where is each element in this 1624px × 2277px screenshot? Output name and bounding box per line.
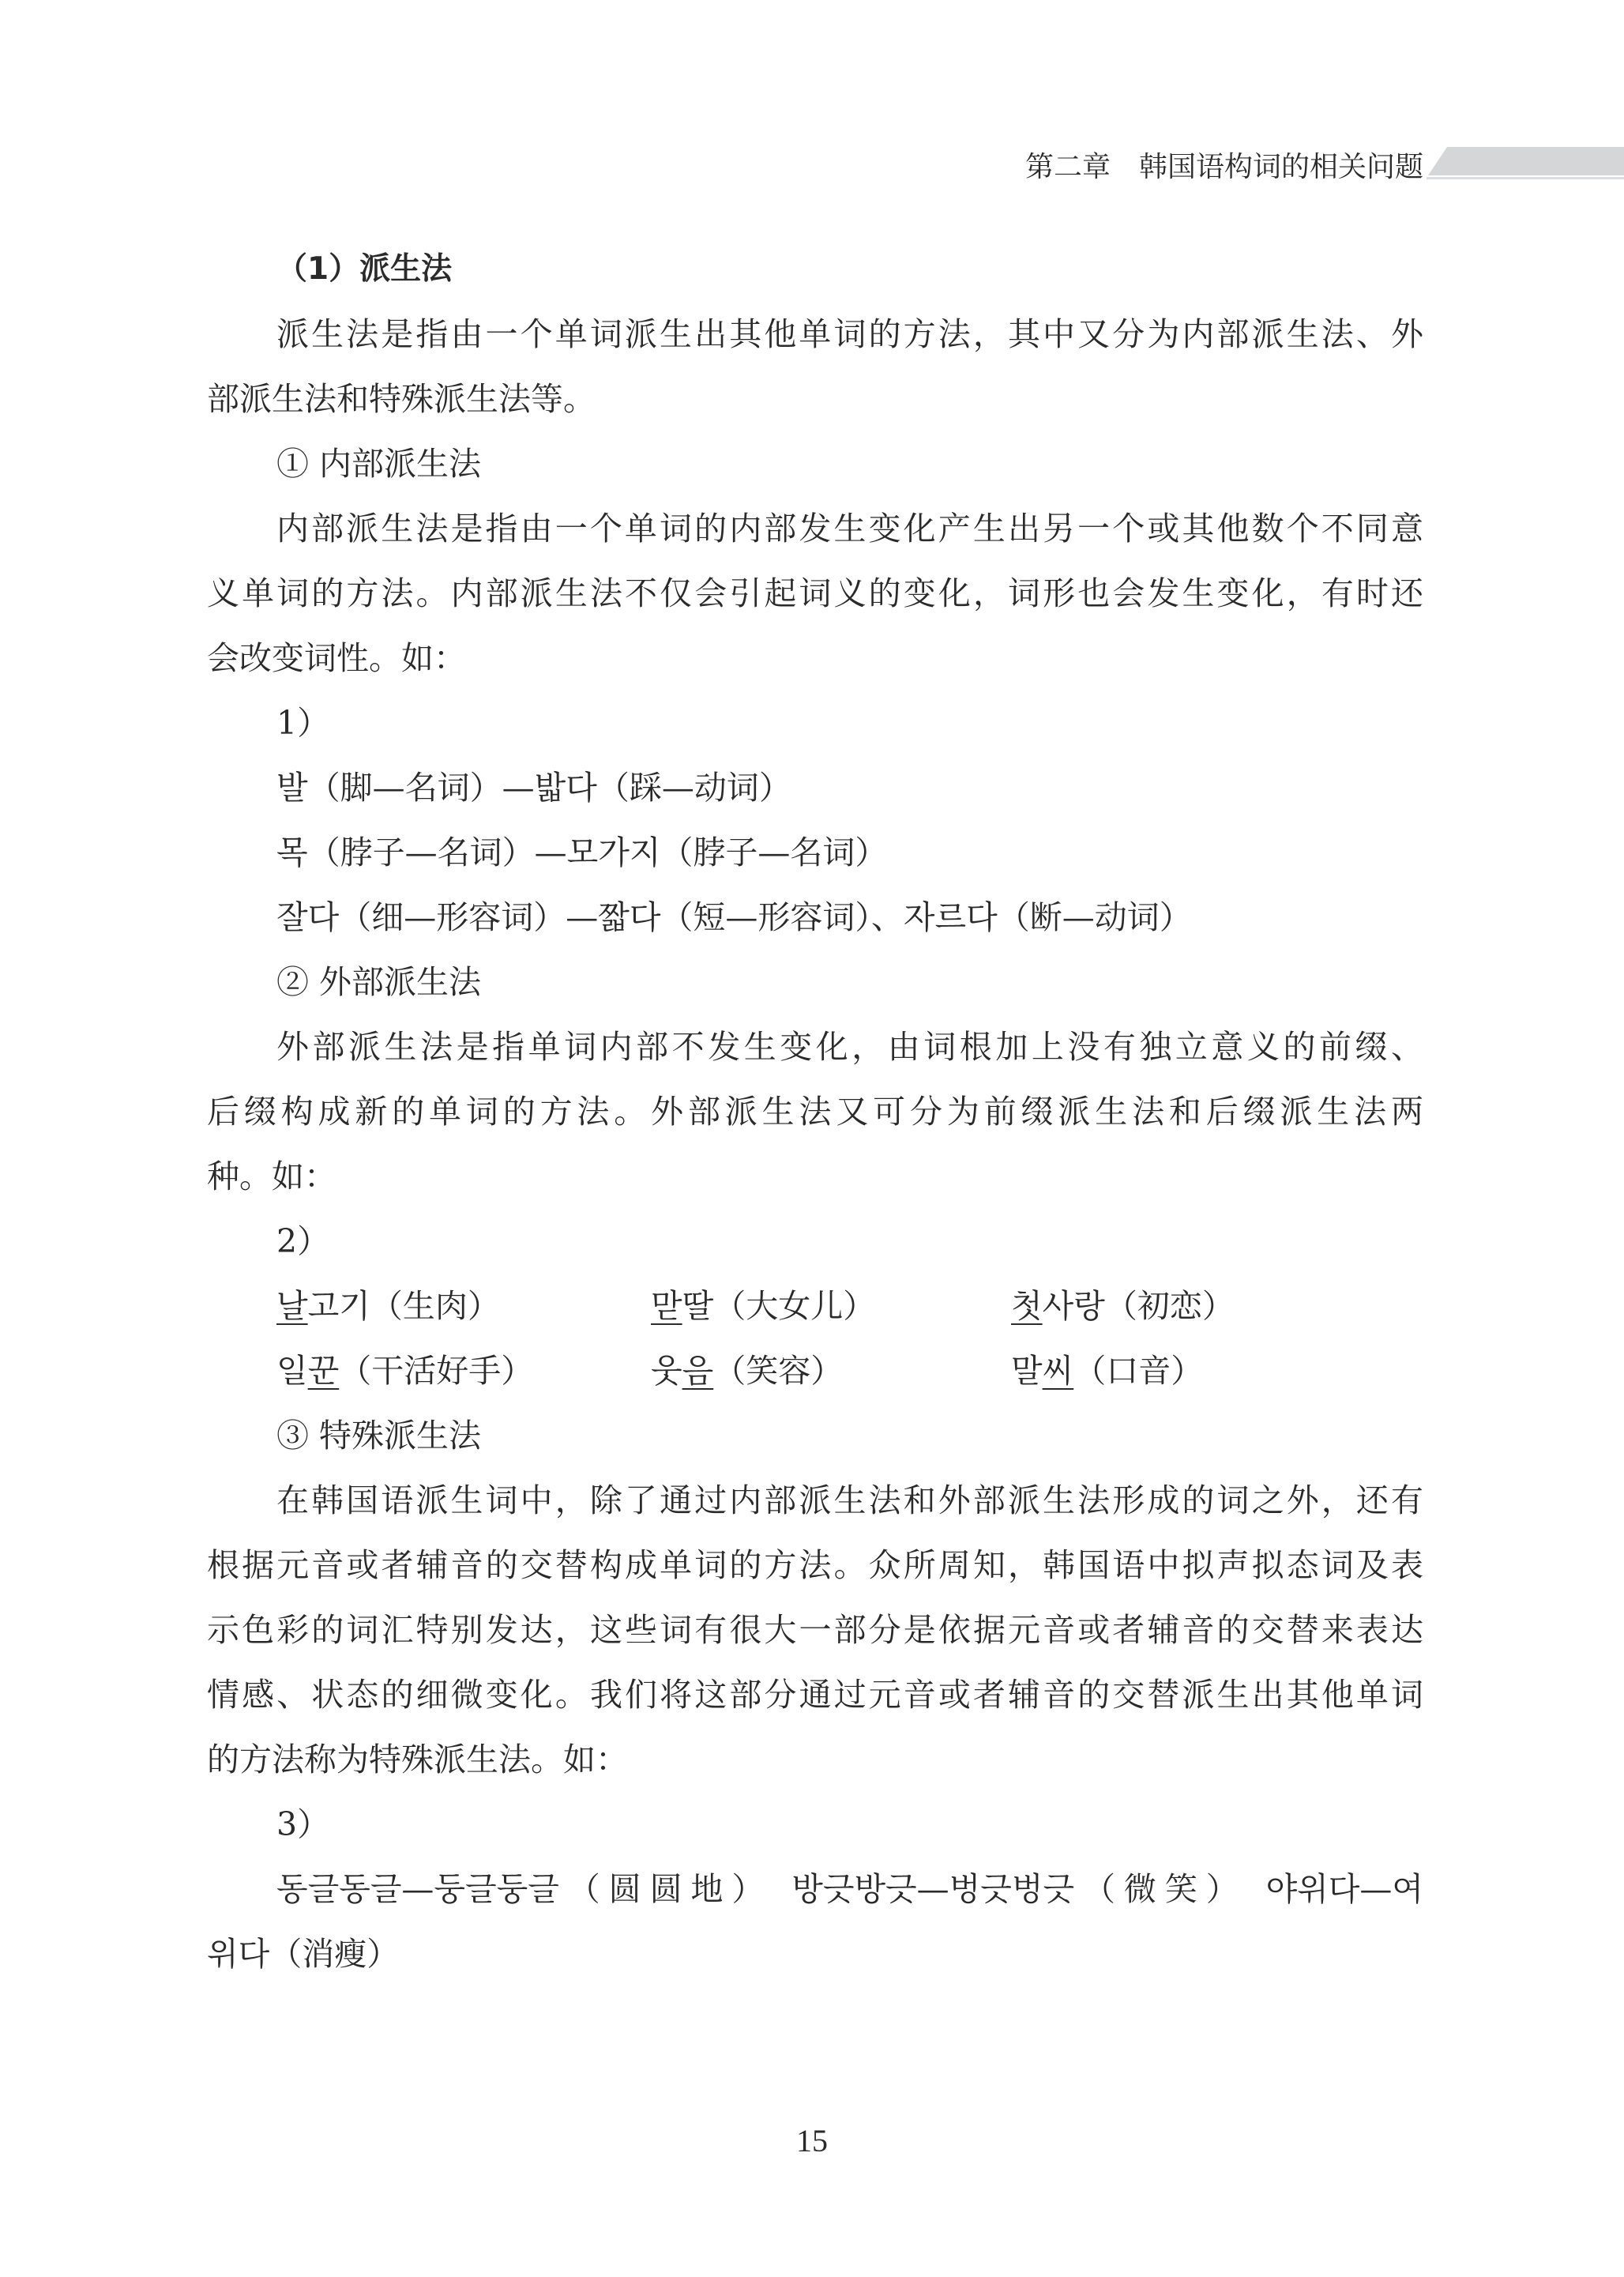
example-label: 2） xyxy=(207,1209,1423,1274)
chapter-number: 第二章 xyxy=(1025,145,1111,185)
paragraph-line: 会改变词性。如： xyxy=(207,626,1423,691)
paragraph-line: 外部派生法是指单词内部不发生变化，由词根加上没有独立意义的前缀、 xyxy=(207,1014,1423,1079)
underlined-affix: 씨 xyxy=(1043,1352,1074,1390)
paragraph-line: 根据元音或者辅音的交替构成单词的方法。众所周知，韩国语中拟声拟态词及表 xyxy=(207,1533,1423,1598)
example-item: 날고기（生肉） xyxy=(276,1274,651,1338)
underlined-affix: 날 xyxy=(276,1287,308,1325)
paragraph-line: 情感、状态的细微变化。我们将这部分通过元音或者辅音的交替派生出其他单词 xyxy=(207,1662,1423,1727)
chapter-title: 韩国语构词的相关问题 xyxy=(1139,145,1423,185)
header-decorative-bar xyxy=(1428,147,1624,175)
subsection-heading-special: ③ 特殊派生法 xyxy=(207,1403,1423,1468)
example-item: 일꾼（干活好手） xyxy=(276,1338,651,1403)
paragraph-line: 部派生法和特殊派生法等。 xyxy=(207,367,1423,431)
example-line: 목（脖子—名词）—모가지（脖子—名词） xyxy=(207,820,1423,885)
example-line: 위다（消瘦） xyxy=(207,1921,1423,1986)
subsection-heading-external: ② 外部派生法 xyxy=(207,950,1423,1014)
example-line: 잘다（细—形容词）—짧다（短—形容词）、자르다（断—动词） xyxy=(207,885,1423,950)
paragraph-line: 示色彩的词汇特别发达，这些词有很大一部分是依据元音或者辅音的交替来表达 xyxy=(207,1598,1423,1662)
header-decorative-underline xyxy=(1427,177,1624,179)
paragraph-line: 内部派生法是指由一个单词的内部发生变化产生出另一个或其他数个不同意 xyxy=(207,496,1423,561)
example-item: 웃음（笑容） xyxy=(651,1338,1011,1403)
paragraph-line: 义单词的方法。内部派生法不仅会引起词义的变化，词形也会发生变化，有时还 xyxy=(207,561,1423,626)
underlined-affix: 첫 xyxy=(1011,1287,1043,1325)
example-line: 발（脚—名词）—밟다（踩—动词） xyxy=(207,755,1423,820)
example-item: 말씨（口音） xyxy=(1011,1338,1385,1403)
paragraph-line: 种。如： xyxy=(207,1144,1423,1209)
paragraph-line: 在韩国语派生词中，除了通过内部派生法和外部派生法形成的词之外，还有 xyxy=(207,1468,1423,1533)
example-item: 첫사랑（初恋） xyxy=(1011,1274,1385,1338)
page-number: 15 xyxy=(0,2122,1624,2159)
paragraph-line: 后缀构成新的单词的方法。外部派生法又可分为前缀派生法和后缀派生法两 xyxy=(207,1079,1423,1144)
example-label: 3） xyxy=(207,1792,1423,1857)
paragraph-line: 的方法称为特殊派生法。如： xyxy=(207,1727,1423,1792)
subsection-heading-internal: ① 内部派生法 xyxy=(207,431,1423,496)
section-heading: （1）派生法 xyxy=(207,237,1423,302)
example-grid-row: 일꾼（干活好手） 웃음（笑容） 말씨（口音） xyxy=(207,1338,1423,1403)
example-item: 맏딸（大女儿） xyxy=(651,1274,1011,1338)
example-grid-row: 날고기（生肉） 맏딸（大女儿） 첫사랑（初恋） xyxy=(207,1274,1423,1338)
underlined-affix: 맏 xyxy=(651,1287,682,1325)
underlined-affix: 음 xyxy=(682,1352,714,1390)
example-line: 동글동글—둥글둥글（圆圆地） 방긋방긋—벙긋벙긋（微笑） 야위다—여 xyxy=(207,1857,1423,1921)
underlined-affix: 꾼 xyxy=(308,1352,340,1390)
example-label: 1） xyxy=(207,691,1423,755)
page-body: （1）派生法 派生法是指由一个单词派生出其他单词的方法，其中又分为内部派生法、外… xyxy=(207,237,1423,1986)
paragraph-line: 派生法是指由一个单词派生出其他单词的方法，其中又分为内部派生法、外 xyxy=(207,302,1423,367)
running-header: 第二章 韩国语构词的相关问题 xyxy=(1025,145,1423,184)
